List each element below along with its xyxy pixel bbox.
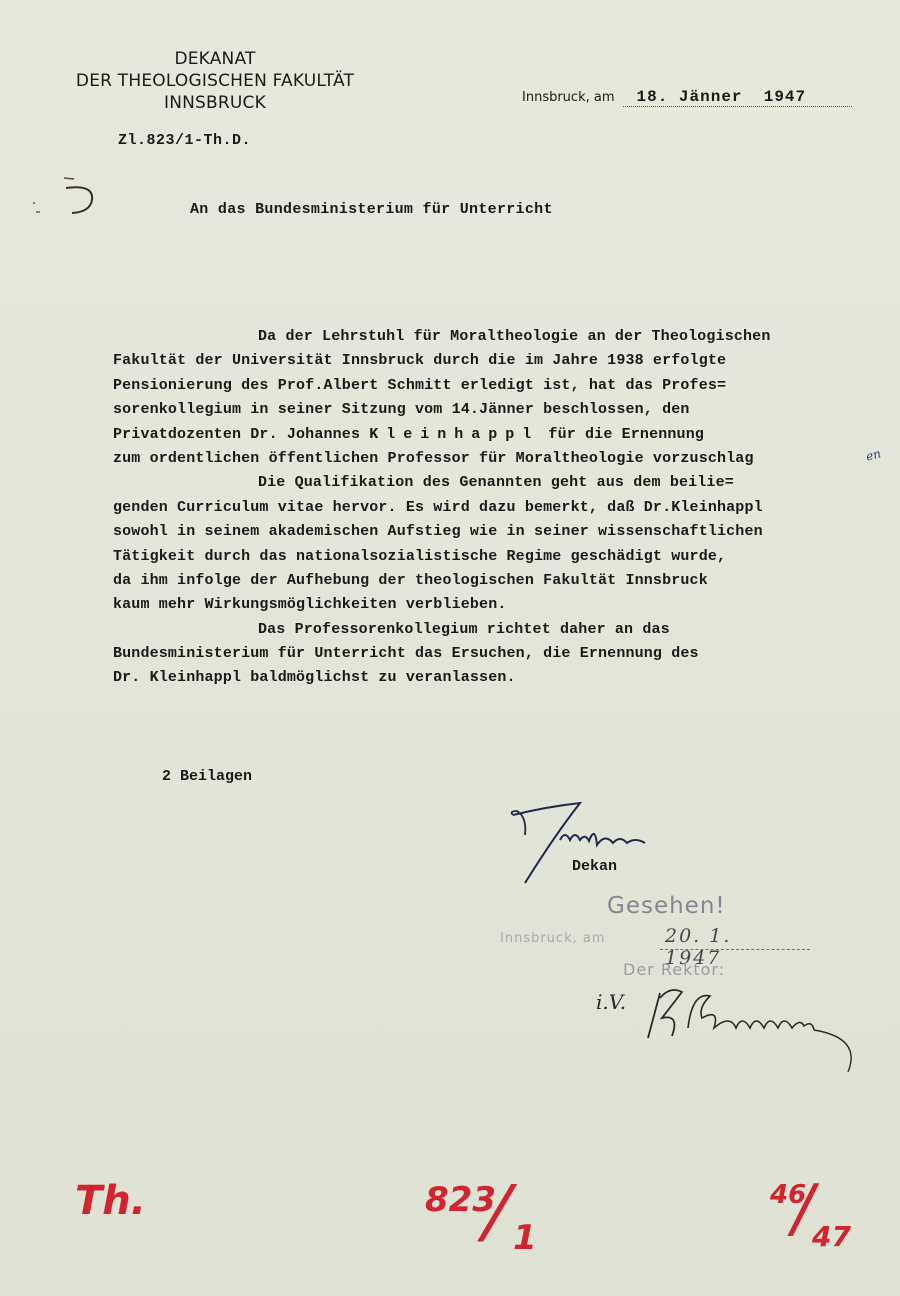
recipient: An das Bundesministerium für Unterricht <box>190 201 553 218</box>
letterhead-line-3: INNSBRUCK <box>50 92 380 114</box>
body-line: Pensionierung des Prof.Albert Schmitt er… <box>113 374 900 398</box>
red-file-number: 823 / 1 <box>425 1180 496 1220</box>
reference-number: Zl.823/1-Th.D. <box>118 132 251 149</box>
body-line: Das Professorenkollegium richtet daher a… <box>113 618 900 642</box>
dean-title: Dekan <box>572 858 617 875</box>
letterhead-line-1: DEKANAT <box>50 48 380 70</box>
date-field: 18. Jänner 1947 <box>623 88 852 107</box>
body-line: zum ordentlichen öffentlichen Professor … <box>113 447 900 471</box>
body-line: Fakultät der Universität Innsbruck durch… <box>113 349 900 373</box>
body-line: Dr. Kleinhappl baldmöglichst zu veranlas… <box>113 666 900 690</box>
body-line: Privatdozenten Dr. Johannes Kleinhappl f… <box>113 423 900 447</box>
body-line: genden Curriculum vitae hervor. Es wird … <box>113 496 900 520</box>
red-year-slash: / <box>792 1172 814 1246</box>
candidate-name: Kleinhappl <box>369 426 539 443</box>
body-line: Da der Lehrstuhl für Moraltheologie an d… <box>113 325 900 349</box>
dean-signature-icon <box>505 795 685 890</box>
body-text-segment: Privatdozenten Dr. Johannes <box>113 426 369 443</box>
document-page: DEKANAT DER THEOLOGISCHEN FAKULTÄT INNSB… <box>0 0 900 1296</box>
red-faculty-note: Th. <box>75 1178 146 1224</box>
stamp-place: Innsbruck, am <box>500 931 606 946</box>
body-line: sorenkollegium in seiner Sitzung vom 14.… <box>113 398 900 422</box>
body-line: sowohl in seinem akademischen Aufstieg w… <box>113 520 900 544</box>
rector-signature-icon <box>590 978 870 1073</box>
letterhead-line-2: DER THEOLOGISCHEN FAKULTÄT <box>50 70 380 92</box>
body-line: Tätigkeit durch das nationalsozialistisc… <box>113 545 900 569</box>
place-date: Innsbruck, am 18. Jänner 1947 <box>522 88 852 107</box>
body-line: da ihm infolge der Aufhebung der theolog… <box>113 569 900 593</box>
place-label: Innsbruck, am <box>522 90 615 107</box>
enclosures: 2 Beilagen <box>162 768 252 785</box>
pencil-mark-icon <box>30 170 110 220</box>
red-year-den: 47 <box>812 1220 851 1253</box>
red-file-den: 1 <box>513 1218 537 1258</box>
body-line: kaum mehr Wirkungsmöglichkeiten verblieb… <box>113 593 900 617</box>
body-line: Die Qualifikation des Genannten geht aus… <box>113 471 900 495</box>
red-year-note: 46 / 47 <box>770 1180 806 1210</box>
stamp-role: Der Rektor: <box>623 960 725 979</box>
letter-body: Da der Lehrstuhl für Moraltheologie an d… <box>113 325 900 691</box>
stamp-title: Gesehen! <box>607 893 726 919</box>
letterhead: DEKANAT DER THEOLOGISCHEN FAKULTÄT INNSB… <box>50 48 380 114</box>
body-line: Bundesministerium für Unterricht das Ers… <box>113 642 900 666</box>
body-text-segment: für die Ernennung <box>539 426 704 443</box>
